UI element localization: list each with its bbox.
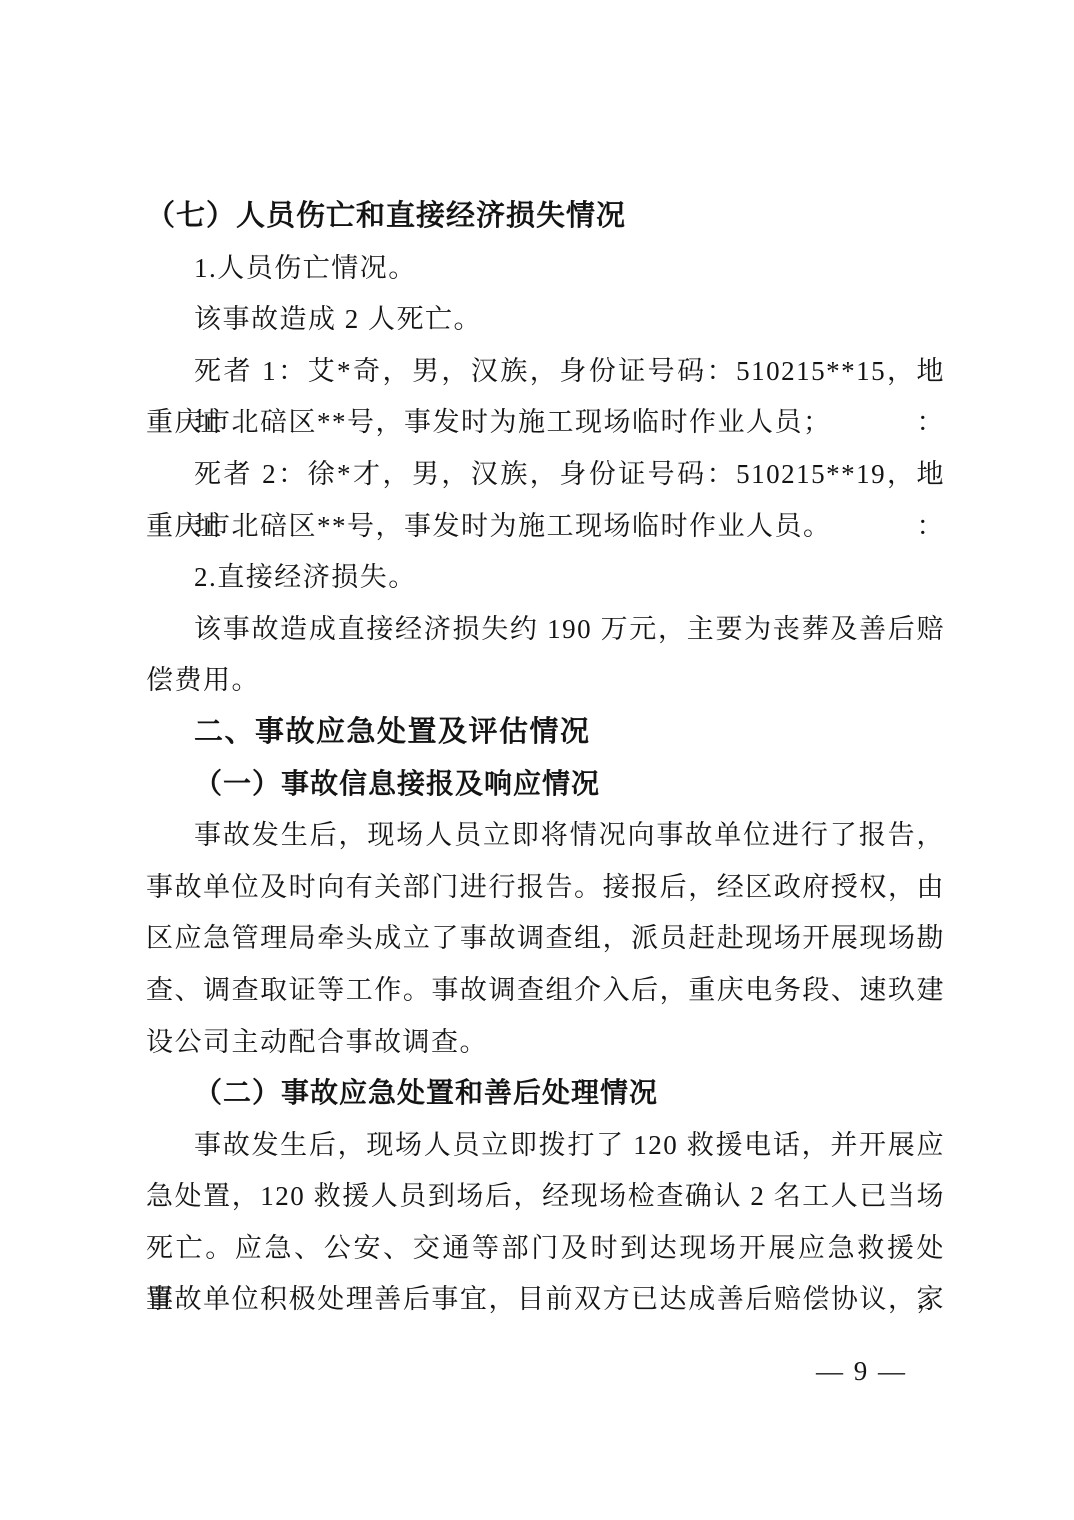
doc-line-victim-1-address: 重庆市北碚区**号，事发时为施工现场临时作业人员；: [146, 397, 945, 449]
subheading-casualty-situation: 1.人员伤亡情况。: [146, 243, 945, 295]
subsection-heading-disposal-aftermath: （二）事故应急处置和善后处理情况: [146, 1068, 945, 1120]
doc-line-disposal-3: 死亡。应急、公安、交通等部门及时到达现场开展应急救援处置，: [146, 1223, 945, 1275]
page-footer: — 9 —: [816, 1346, 907, 1396]
doc-line-reporting-5: 设公司主动配合事故调查。: [146, 1017, 945, 1069]
doc-line-reporting-2: 事故单位及时向有关部门进行报告。接报后，经区政府授权，由: [146, 862, 945, 914]
doc-line-disposal-2: 急处置，120 救援人员到场后，经现场检查确认 2 名工人已当场: [146, 1171, 945, 1223]
doc-line-disposal-1: 事故发生后，现场人员立即拨打了 120 救援电话，并开展应: [146, 1120, 945, 1172]
page-number: — 9 —: [816, 1356, 907, 1386]
document-body: （七）人员伤亡和直接经济损失情况 1.人员伤亡情况。 该事故造成 2 人死亡。 …: [146, 191, 945, 1326]
section-heading-emergency-response: 二、事故应急处置及评估情况: [146, 707, 945, 759]
doc-line-reporting-1: 事故发生后，现场人员立即将情况向事故单位进行了报告，: [146, 810, 945, 862]
subheading-direct-economic-loss: 2.直接经济损失。: [146, 552, 945, 604]
doc-line-victim-1-identity: 死者 1：艾*奇，男，汉族，身份证号码：510215**15，地址：: [146, 346, 945, 398]
doc-line-reporting-3: 区应急管理局牵头成立了事故调查组，派员赶赴现场开展现场勘: [146, 913, 945, 965]
doc-line-economic-loss-continued: 偿费用。: [146, 655, 945, 707]
doc-line-economic-loss-amount: 该事故造成直接经济损失约 190 万元，主要为丧葬及善后赔: [146, 604, 945, 656]
section-heading-casualties-and-losses: （七）人员伤亡和直接经济损失情况: [146, 191, 945, 243]
document-page: （七）人员伤亡和直接经济损失情况 1.人员伤亡情况。 该事故造成 2 人死亡。 …: [0, 0, 1074, 1520]
doc-line-reporting-4: 查、调查取证等工作。事故调查组介入后，重庆电务段、速玖建: [146, 965, 945, 1017]
subsection-heading-incident-reporting: （一）事故信息接报及响应情况: [146, 759, 945, 811]
doc-line-deaths-count: 该事故造成 2 人死亡。: [146, 294, 945, 346]
doc-line-disposal-4: 事故单位积极处理善后事宜，目前双方已达成善后赔偿协议，家: [146, 1274, 945, 1326]
doc-line-victim-2-address: 重庆市北碚区**号，事发时为施工现场临时作业人员。: [146, 501, 945, 553]
doc-line-victim-2-identity: 死者 2：徐*才，男，汉族，身份证号码：510215**19，地址：: [146, 449, 945, 501]
